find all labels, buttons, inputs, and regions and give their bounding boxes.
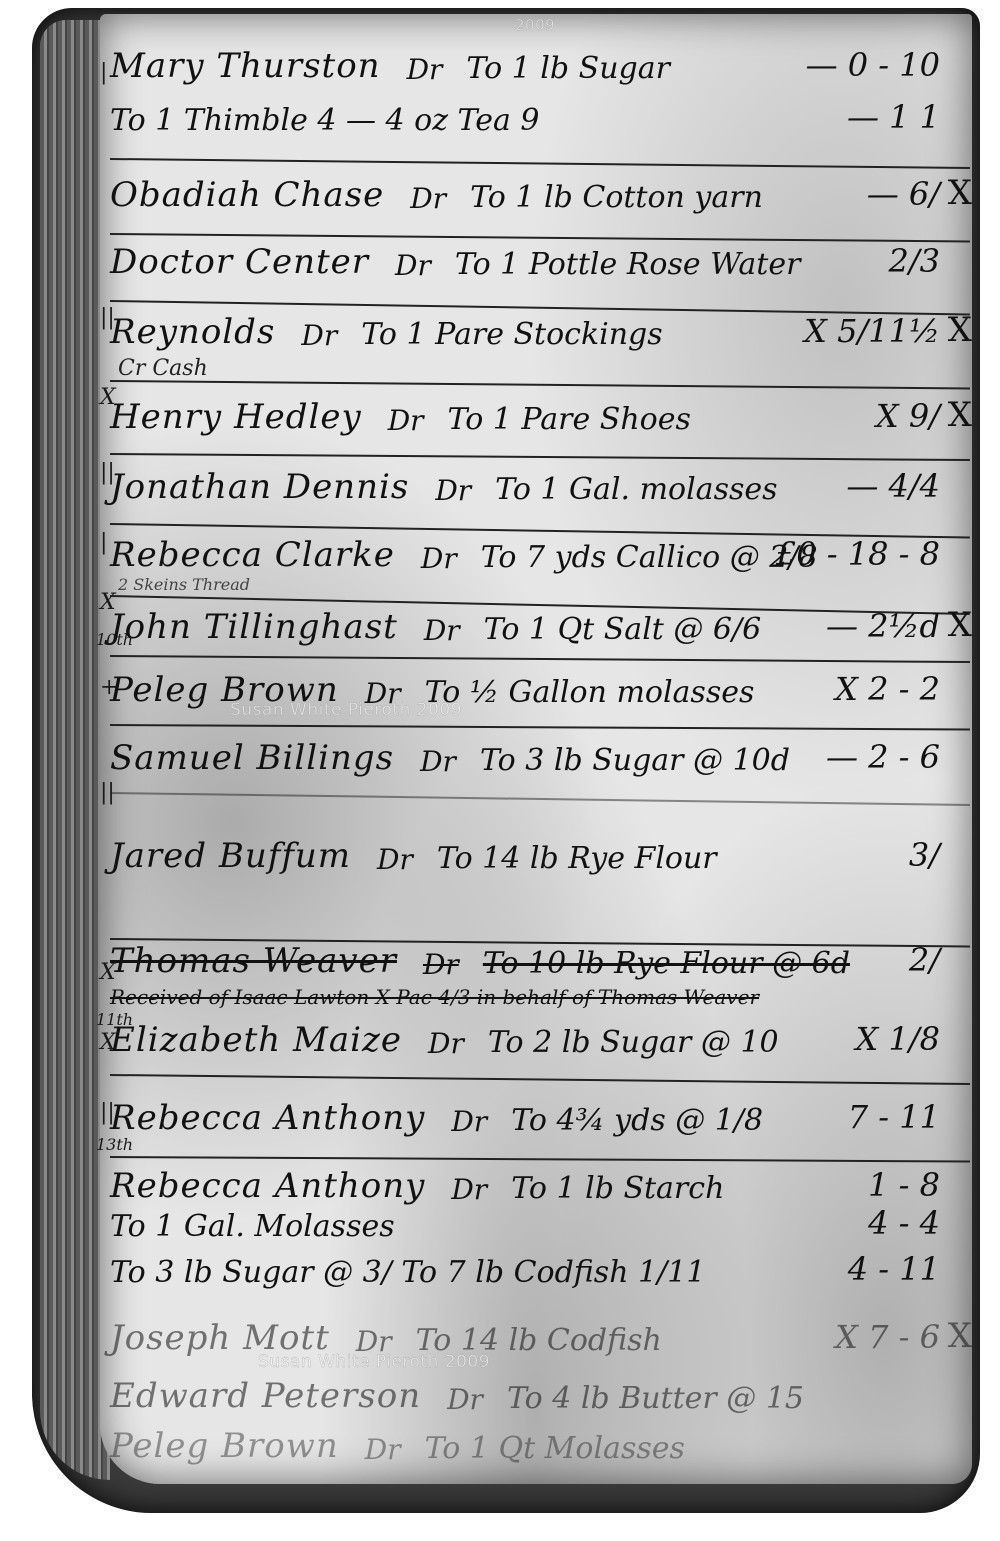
left-margin-marks: | || X || | X 10th + || X 11th X || 13th (60, 20, 106, 1420)
amount: 2/3 (889, 242, 941, 280)
debtor-mark: Dr (420, 745, 456, 778)
copyright-watermark: 2009 (515, 16, 555, 34)
debtor-mark: Dr (421, 542, 457, 575)
account-name: Elizabeth Maize (110, 1020, 402, 1060)
item-description: To 1 Gal. Molasses (110, 1209, 395, 1244)
item-description: To 1 Qt Salt @ 6/6 (484, 612, 762, 647)
amount: £0 - 18 - 8 (776, 535, 940, 573)
account-subnote: Cr Cash (118, 356, 208, 381)
amount: X 2 - 2 (835, 670, 940, 708)
debtor-mark: Dr (301, 319, 337, 352)
amount: — 2 - 6 (826, 738, 940, 776)
item-description: To 1 lb Cotton yarn (470, 180, 763, 215)
account-name: John Tillinghast (110, 607, 398, 647)
debtor-mark: Dr (407, 53, 443, 86)
item-description: To 4 lb Butter @ 15 (507, 1381, 804, 1416)
item-description: To 1 Gal. molasses (495, 472, 777, 507)
amount: 4 - 11 (848, 1250, 940, 1288)
item-description: To 1 Thimble 4 — 4 oz Tea 9 (110, 103, 540, 138)
amount: — 1 1 (847, 98, 940, 136)
amount: 7 - 11 (848, 1098, 940, 1136)
ledger-entry: Reynolds Dr To 1 Pare Stockings X 5/11½ … (110, 300, 970, 382)
account-name: Mary Thurston (110, 46, 381, 86)
settled-x-mark: X (948, 605, 972, 645)
ledger-entry: Elizabeth Maize Dr To 2 lb Sugar @ 10 X … (110, 1010, 970, 1076)
debtor-mark: Dr (428, 1027, 464, 1060)
item-description: To 7 yds Callico @ 2/8 (481, 540, 818, 575)
settled-x-mark: X (948, 1316, 972, 1356)
debtor-mark: Dr (447, 1383, 483, 1416)
account-name: Jonathan Dennis (110, 467, 409, 507)
settled-x-mark: X (948, 310, 972, 350)
item-description: To 4¾ yds @ 1/8 (511, 1103, 763, 1138)
account-name: Edward Peterson (110, 1376, 421, 1416)
amount: X 1/8 (856, 1020, 940, 1058)
amount: 3/ (909, 836, 940, 874)
debtor-mark: Dr (435, 474, 471, 507)
ledger-entry: Joseph Mott Dr To 14 lb Codfish X 7 - 6 … (110, 1312, 970, 1362)
debtor-mark: Dr (388, 404, 424, 437)
amount: — 0 - 10 (806, 46, 940, 84)
amount: — 6/ (867, 175, 940, 213)
ledger-entry: John Tillinghast Dr To 1 Qt Salt @ 6/6 —… (110, 597, 970, 657)
account-name: Peleg Brown (110, 1426, 339, 1466)
margin-mark: | (100, 530, 107, 555)
amount: — 4/4 (846, 467, 940, 505)
account-name: Reynolds (110, 312, 275, 352)
ledger-entry: Doctor Center Dr To 1 Pottle Rose Water … (110, 232, 970, 302)
item-description: To 1 Pottle Rose Water (455, 247, 801, 282)
item-description: To 3 lb Sugar @ 3/ To 7 lb Codfish 1/11 (110, 1255, 705, 1290)
item-description: To 2 lb Sugar @ 10 (488, 1025, 779, 1060)
account-name: Henry Hedley (110, 397, 362, 437)
ledger-entry: Peleg Brown Dr To 1 Qt Molasses (110, 1420, 970, 1470)
account-name: Obadiah Chase (110, 175, 384, 215)
ledger-entry: Jared Buffum Dr To 14 lb Rye Flour 3/ (110, 800, 970, 940)
ledger-entry-struck: Thomas Weaver Dr To 10 lb Rye Flour @ 6d… (110, 935, 970, 1007)
ledger-entry: Rebecca Anthony Dr To 4¾ yds @ 1/8 7 - 1… (110, 1078, 970, 1158)
ledger-entry: Edward Peterson Dr To 4 lb Butter @ 15 (110, 1370, 970, 1420)
item-description: To 3 lb Sugar @ 10d (480, 743, 790, 778)
account-name: Rebecca Anthony (110, 1098, 425, 1138)
item-description: To 1 Pare Shoes (448, 402, 691, 437)
debtor-mark: Dr (451, 1105, 487, 1138)
account-name: Jared Buffum (110, 836, 351, 876)
ledger-entry: Mary Thurston Dr To 1 lb Sugar — 0 - 10 … (110, 40, 970, 160)
account-name: Samuel Billings (110, 738, 394, 778)
settled-x-mark: X (948, 395, 972, 435)
receipt-note: Received of Isaac Lawton X Pac 4/3 in be… (110, 985, 759, 1009)
item-description: To 1 lb Sugar (466, 51, 670, 86)
debtor-mark: Dr (365, 1433, 401, 1466)
amount: 4 - 4 (868, 1204, 940, 1242)
item-description: To ½ Gallon molasses (425, 675, 755, 710)
item-description: To 14 lb Rye Flour (437, 841, 717, 876)
account-subnote: 2 Skeins Thread (118, 575, 250, 594)
debtor-mark: Dr (395, 249, 431, 282)
debtor-mark: Dr (424, 614, 460, 647)
ledger-entry: Obadiah Chase Dr To 1 lb Cotton yarn — 6… (110, 165, 970, 235)
debtor-mark: Dr (377, 843, 413, 876)
item-description: To 1 Qt Molasses (425, 1431, 685, 1466)
amount: X 5/11½ (804, 312, 940, 350)
ledger-entry: Henry Hedley Dr To 1 Pare Shoes X 9/ X (110, 385, 970, 455)
ledger-entry: Jonathan Dennis Dr To 1 Gal. molasses — … (110, 455, 970, 525)
item-description: To 1 Pare Stockings (361, 317, 662, 352)
copyright-watermark: Susan White Pieroth 2009 (230, 700, 462, 720)
account-name: Doctor Center (110, 242, 369, 282)
amount: X 7 - 6 (835, 1318, 940, 1356)
amount: — 2½d (826, 607, 940, 645)
settled-x-mark: X (948, 173, 972, 213)
debtor-mark: Dr (410, 182, 446, 215)
ledger-entry: Rebecca Anthony Dr To 1 lb Starch 1 - 8 … (110, 1160, 970, 1310)
amount: X 9/ (876, 397, 940, 435)
account-name: Rebecca Clarke (110, 535, 395, 575)
ledger-entry: Rebecca Clarke Dr To 7 yds Callico @ 2/8… (110, 525, 970, 597)
margin-mark: | (100, 60, 107, 85)
ledger-entry: Samuel Billings Dr To 3 lb Sugar @ 10d —… (110, 728, 970, 794)
copyright-watermark: Susan White Pieroth 2009 (258, 1352, 490, 1372)
